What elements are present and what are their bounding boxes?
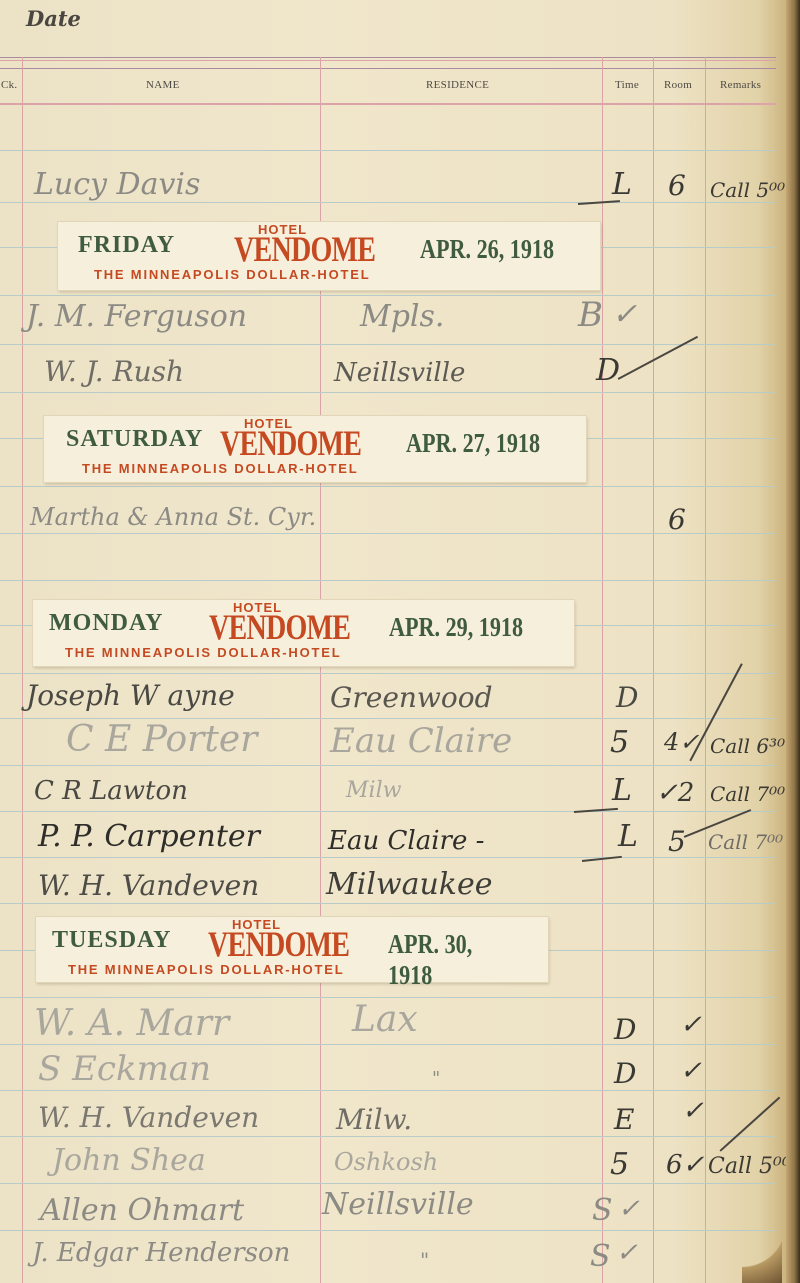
label-tagline: THE MINNEAPOLIS DOLLAR-HOTEL — [68, 962, 344, 977]
residence-value: Mpls. — [360, 302, 444, 332]
ruled-line — [0, 1136, 776, 1137]
room-value: ✓ — [680, 1012, 702, 1038]
label-day: SATURDAY — [66, 426, 203, 453]
residence-value: Milw — [346, 780, 401, 802]
check-stroke — [719, 1097, 779, 1152]
header-rule-top — [0, 57, 776, 58]
room-value: ✓2 — [656, 780, 694, 806]
column-header-time: Time — [615, 79, 639, 91]
time-value: D — [614, 1016, 636, 1044]
col-rule-room — [653, 57, 654, 1283]
label-hotel-name: VENDOME — [208, 923, 349, 965]
ruled-line — [0, 1090, 776, 1091]
remarks-value: Call 6³⁰ — [710, 736, 785, 756]
time-value: E — [614, 1106, 634, 1134]
residence-value: Lax — [352, 1002, 418, 1038]
residence-value: " — [420, 1250, 429, 1270]
remarks-value: Call 7⁰⁰ — [708, 832, 783, 852]
time-value: D — [596, 356, 620, 386]
residence-value: Neillsville — [322, 1190, 474, 1220]
guest-name: W. A. Marr — [34, 1006, 229, 1042]
date-label: Date — [26, 6, 81, 31]
guest-name: J. Edgar Henderson — [32, 1240, 290, 1266]
label-date: APR. 27, 1918 — [406, 428, 540, 459]
ruled-line — [0, 903, 776, 904]
label-hotel-name: VENDOME — [209, 606, 350, 648]
residence-value: Greenwood — [330, 684, 493, 712]
ruled-line — [0, 202, 776, 203]
label-day: FRIDAY — [78, 232, 175, 259]
residence-value: Eau Claire - — [328, 828, 484, 854]
header-rule-double — [0, 68, 776, 69]
room-value: 5 — [668, 828, 686, 856]
guest-name: W. H. Vandeven — [38, 872, 259, 900]
ruled-line — [0, 765, 776, 766]
time-value: L — [618, 822, 638, 852]
header-rule-bottom — [0, 103, 776, 105]
label-tagline: THE MINNEAPOLIS DOLLAR-HOTEL — [82, 461, 358, 476]
ruled-line — [0, 392, 776, 393]
col-rule-time — [602, 57, 603, 1283]
ruled-line — [0, 486, 776, 487]
guest-name: C E Porter — [66, 722, 257, 758]
guest-name: Joseph W ayne — [26, 682, 235, 710]
ruled-line — [0, 295, 776, 296]
label-hotel-name: VENDOME — [220, 422, 361, 464]
room-value: 6 — [668, 506, 686, 534]
label-date: APR. 26, 1918 — [420, 234, 554, 265]
ruled-line — [0, 673, 776, 674]
room-value: 6 — [668, 172, 686, 200]
residence-value: Oshkosh — [334, 1150, 438, 1174]
ruled-line — [0, 150, 776, 151]
guest-name: W. H. Vandeven — [38, 1104, 259, 1132]
guest-name: Martha & Anna St. Cyr. — [30, 505, 316, 529]
column-header-remarks: Remarks — [720, 79, 761, 91]
label-day: MONDAY — [49, 610, 163, 637]
ruled-line — [0, 1183, 776, 1184]
time-value: D — [616, 684, 638, 712]
label-date: APR. 30, 1918 — [388, 929, 519, 991]
guest-name: Allen Ohmart — [40, 1196, 244, 1226]
ruled-line — [0, 533, 776, 534]
time-value: D — [614, 1060, 636, 1088]
room-value: ✓ — [618, 1196, 640, 1222]
time-value: 5 — [610, 728, 629, 758]
residence-value: Eau Claire — [330, 724, 512, 758]
time-value: S — [590, 1242, 611, 1272]
residence-value: Milwaukee — [326, 870, 492, 900]
label-tagline: THE MINNEAPOLIS DOLLAR-HOTEL — [94, 267, 370, 282]
date-label-tuesday: TUESDAY HOTEL VENDOME APR. 30, 1918 THE … — [36, 917, 548, 982]
time-value: L — [612, 170, 632, 200]
page-corner — [742, 1223, 782, 1283]
label-tagline: THE MINNEAPOLIS DOLLAR-HOTEL — [65, 645, 341, 660]
ruled-line — [0, 580, 776, 581]
date-label-friday: FRIDAY HOTEL VENDOME APR. 26, 1918 THE M… — [58, 222, 600, 290]
room-value: 6✓ — [666, 1152, 704, 1178]
guest-name: W. J. Rush — [44, 358, 184, 386]
time-value: 5 — [610, 1150, 629, 1180]
book-binding-edge — [786, 0, 800, 1283]
room-value: ✓ — [616, 1240, 638, 1266]
residence-value: Neillsville — [334, 360, 465, 386]
remarks-value: Call 5⁰⁰ — [708, 1156, 790, 1178]
ruled-line — [0, 344, 776, 345]
time-value: B — [578, 298, 603, 332]
ruled-line — [0, 811, 776, 812]
room-value: ✓ — [612, 300, 637, 330]
remarks-value: Call 7⁰⁰ — [710, 784, 785, 804]
label-day: TUESDAY — [52, 927, 172, 954]
column-header-room: Room — [664, 79, 692, 91]
room-value: 4✓ — [664, 730, 699, 754]
col-rule-ck — [22, 57, 23, 1283]
label-hotel-name: VENDOME — [234, 228, 375, 270]
column-header-name: NAME — [146, 79, 180, 91]
column-header-residence: RESIDENCE — [426, 79, 489, 91]
guest-name: Lucy Davis — [34, 170, 200, 200]
guest-name: C R Lawton — [34, 778, 188, 804]
register-page: Date Ck. NAME RESIDENCE Time Room Remark… — [0, 0, 790, 1283]
ruled-line — [0, 1230, 776, 1231]
header-rule-pink-top — [0, 60, 776, 61]
guest-name: S Eckman — [38, 1052, 211, 1086]
time-value: L — [612, 776, 632, 806]
check-stroke — [618, 336, 698, 380]
date-label-saturday: SATURDAY HOTEL VENDOME APR. 27, 1918 THE… — [44, 416, 586, 482]
ruled-line — [0, 997, 776, 998]
room-value: ✓ — [682, 1098, 704, 1124]
col-rule-remarks — [705, 57, 706, 1283]
guest-name: P. P. Carpenter — [38, 822, 260, 852]
residence-value: " — [432, 1070, 440, 1088]
date-label-monday: MONDAY HOTEL VENDOME APR. 29, 1918 THE M… — [33, 600, 574, 666]
ruled-line — [0, 857, 776, 858]
guest-name: John Shea — [52, 1146, 206, 1176]
label-date: APR. 29, 1918 — [389, 612, 523, 643]
remarks-value: Call 5⁰⁰ — [710, 180, 785, 200]
time-value: S — [592, 1196, 613, 1226]
ruled-line — [0, 1044, 776, 1045]
room-value: ✓ — [680, 1058, 702, 1084]
guest-name: J. M. Ferguson — [26, 302, 247, 332]
residence-value: Milw. — [336, 1106, 412, 1134]
column-header-ck: Ck. — [1, 79, 18, 91]
